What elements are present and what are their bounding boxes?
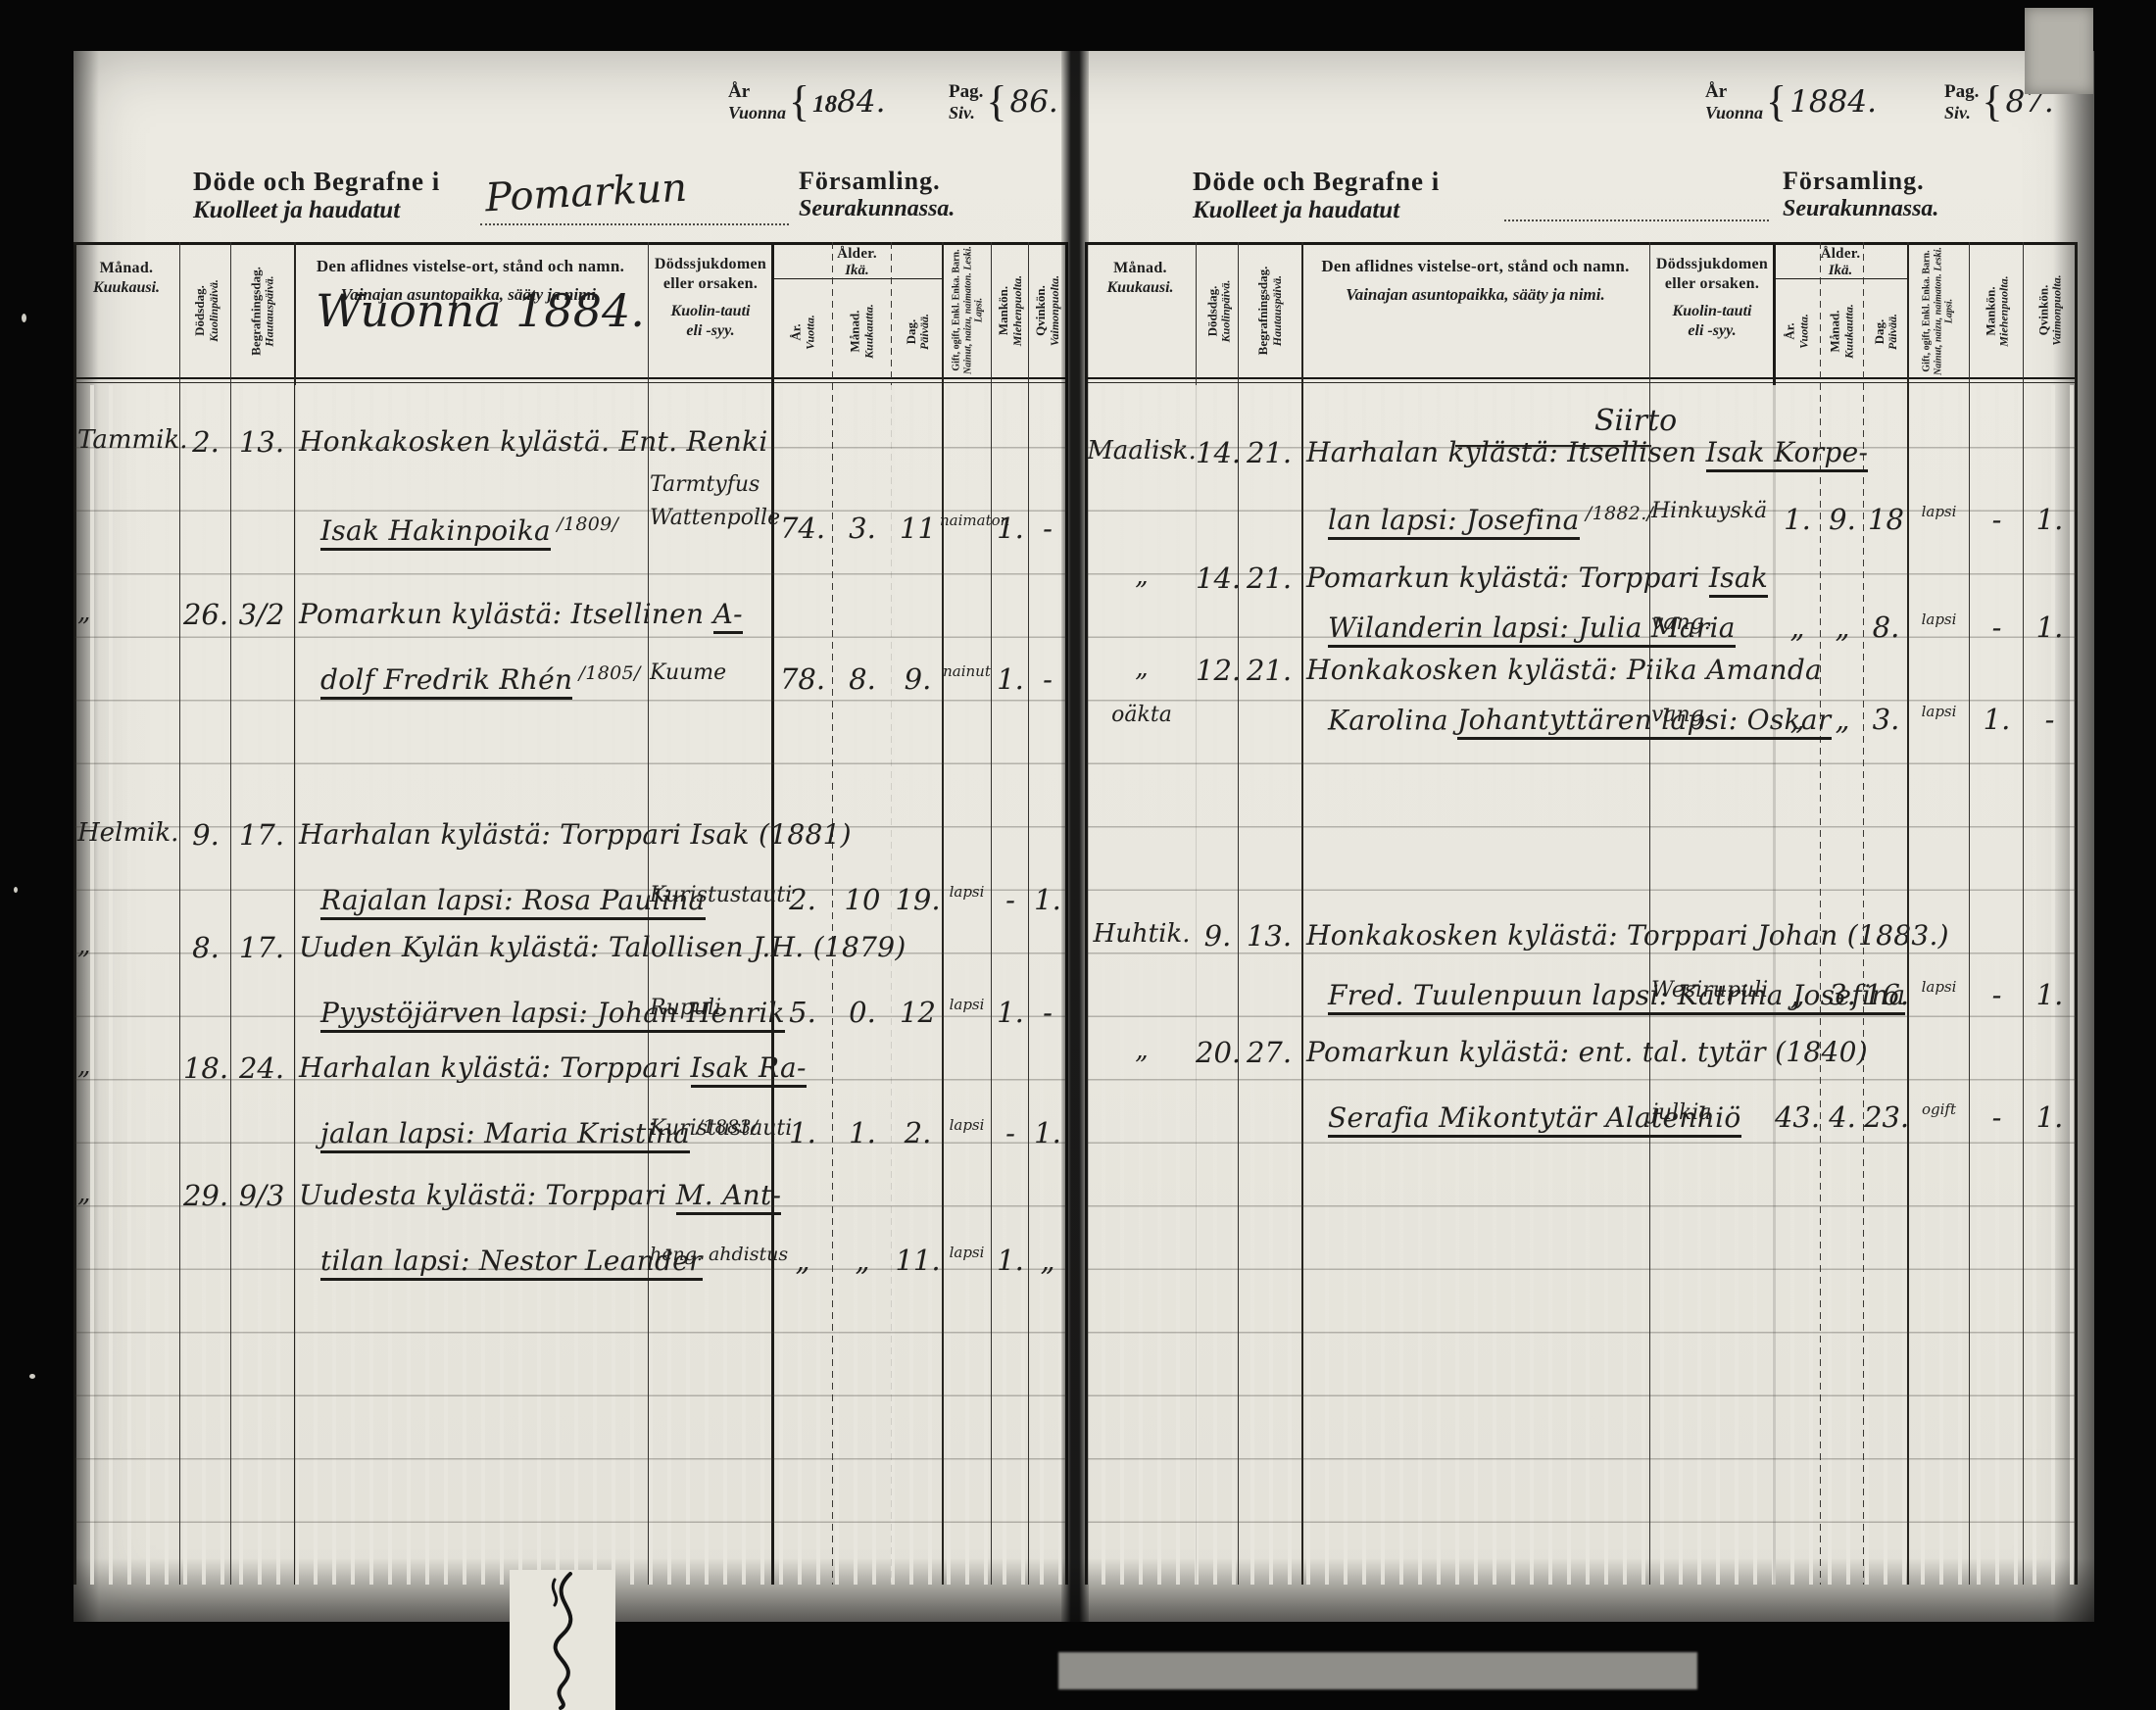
month-cell: „: [1087, 1036, 1197, 1065]
pag-label-fi: Siv.: [949, 103, 983, 123]
death-day-cell: 20.: [1196, 1036, 1240, 1069]
death-day-cell: 29.: [179, 1179, 232, 1212]
age-months-cell: „: [1821, 611, 1864, 644]
age-months-cell: 0.: [833, 996, 892, 1029]
table-border: [73, 382, 1068, 383]
description-line-1: Pomarkun kylästä: Torppari Isak: [1306, 562, 1768, 594]
male-count-cell: -: [992, 883, 1029, 916]
death-day-cell: 8.: [179, 931, 232, 964]
age-days-cell: 3.: [1864, 703, 1908, 736]
female-count-cell: 1.: [2024, 611, 2076, 644]
column-header-age-years: År.Vuotta.: [1774, 286, 1821, 377]
ink-squiggle-patch: [510, 1570, 615, 1710]
cause-of-death-cell: vang.: [1651, 611, 1779, 635]
age-months-cell: 8.: [833, 662, 892, 696]
civil-status-cell: lapsi: [940, 883, 994, 901]
age-months-cell: „: [1821, 703, 1864, 736]
cause-of-death-cell: Wesirupuli: [1651, 978, 1779, 1002]
register-title-sv: Döde och Begrafne i: [1193, 167, 1440, 197]
register-title: Döde och Begrafne i Kuolleet ja haudatut: [193, 167, 440, 224]
age-days-cell: 2.: [892, 1116, 944, 1149]
cause-of-death-cell: Tarmtyfus: [650, 472, 777, 497]
brace-glyph: {: [789, 80, 809, 123]
column-header-female: Qvinkön.Vaimonpuolta.: [2025, 245, 2077, 376]
age-months-cell: „: [833, 1244, 892, 1277]
male-count-cell: -: [992, 1116, 1029, 1149]
register-title-fi: Kuolleet ja haudatut: [193, 197, 440, 224]
column-header-civil-status: Gift, ogift, Enkl. Enka. Barn.Nainut, na…: [1908, 246, 1970, 377]
brace-glyph: {: [1766, 80, 1787, 123]
civil-status-cell: lapsi: [940, 1244, 994, 1261]
burial-day-cell: 21.: [1238, 436, 1300, 469]
age-group-divider: [1774, 278, 1907, 279]
female-count-cell: 1.: [2024, 978, 2076, 1011]
cause-of-death-cell: heng. ahdistus: [650, 1244, 777, 1265]
age-days-cell: 11: [892, 512, 944, 545]
month-note-cell: oäkta: [1087, 703, 1197, 727]
column-header-month: Månad.Kuukausi.: [1085, 259, 1196, 298]
cause-of-death-cell-2: Wattenpolle: [650, 506, 777, 530]
burial-day-cell: 17.: [230, 931, 293, 964]
burial-day-cell: 17.: [230, 818, 293, 852]
age-years-cell: 78.: [772, 662, 833, 696]
register-page-left: ÅrVuonna { 1884. Pag.Siv. { 86. Döde och…: [73, 51, 1068, 1622]
month-cell: Tammik.: [77, 425, 179, 455]
male-count-cell: 1.: [992, 662, 1029, 696]
siirto-note: Siirto: [1594, 404, 1677, 438]
death-day-cell: 9.: [1196, 919, 1240, 953]
column-header-male: Mankön.Miehenpuolta.: [992, 245, 1029, 376]
age-months-cell: 9.: [1821, 503, 1864, 536]
burial-day-cell: 27.: [1238, 1036, 1300, 1069]
year-handwritten: 1884.: [1789, 84, 1877, 120]
age-years-cell: 43.: [1774, 1100, 1821, 1134]
month-cell: „: [77, 1179, 179, 1208]
column-header-civil-status: Gift, ogift, Enkl. Enka. Barn.Nainut, na…: [945, 245, 993, 376]
age-months-cell: 4.: [1821, 1100, 1864, 1134]
year-label-sv: År: [728, 81, 786, 103]
burial-day-cell: 13.: [1238, 919, 1300, 953]
male-count-cell: 1.: [992, 512, 1029, 545]
register-title-fi: Kuolleet ja haudatut: [1193, 197, 1440, 224]
male-count-cell: -: [1970, 503, 2024, 536]
year-label-fi: Vuonna: [1705, 103, 1763, 123]
age-days-cell: 19.: [892, 883, 944, 916]
ruled-dotted-line: [1504, 220, 1769, 221]
description-line-1: Harhalan kylästä: Itsellisen Isak Korpe-: [1306, 436, 1868, 468]
page-gutter-shadow: [1061, 51, 1089, 1622]
civil-status-cell: lapsi: [1908, 703, 1970, 720]
description-line-1: Honkakosken kylästä. Ent. Renki: [299, 425, 768, 458]
column-header-cause: Dödssjukdomeneller orsaken. Kuolin-tauti…: [650, 255, 771, 341]
register-page-right: ÅrVuonna { 1884. Pag.Siv. { 87. Döde och…: [1085, 51, 2078, 1622]
description-line-2: tilan lapsi: Nestor Leander: [320, 1244, 703, 1277]
description-line-2: Rajalan lapsi: Rosa Paulina: [320, 883, 706, 916]
month-cell: „: [1087, 562, 1197, 591]
death-day-cell: 18.: [179, 1051, 232, 1085]
civil-status-cell: lapsi: [1908, 611, 1970, 628]
description-line-1: Harhalan kylästä: Torppari Isak Ra-: [299, 1051, 807, 1084]
pag-label-fi: Siv.: [1944, 103, 1979, 123]
male-count-cell: -: [1970, 1100, 2024, 1134]
column-header-age-group: Ålder.Ikä.: [1774, 246, 1907, 278]
month-cell: Helmik.: [77, 818, 179, 848]
ruled-lines: [75, 385, 1066, 1585]
brace-glyph: {: [986, 80, 1006, 123]
death-day-cell: 26.: [179, 598, 232, 631]
column-header-age-months: Månad.Kuukautta.: [833, 286, 892, 377]
film-speck: [22, 314, 26, 322]
description-line-1: Pomarkun kylästä: Itsellinen A-: [299, 598, 743, 630]
burial-day-cell: 21.: [1238, 654, 1300, 687]
film-speck: [29, 1374, 35, 1379]
film-speck: [14, 887, 18, 893]
description-line-1: Uudesta kylästä: Torppari M. Ant-: [299, 1179, 781, 1211]
civil-status-cell: ogift: [1908, 1100, 1970, 1118]
age-months-cell: 3.: [1821, 978, 1864, 1011]
age-years-cell: 74.: [772, 512, 833, 545]
death-day-cell: 14.: [1196, 562, 1240, 595]
age-years-cell: „: [1774, 978, 1821, 1011]
female-count-cell: 1.: [2024, 1100, 2076, 1134]
column-header-name: Den aflidnes vistelse-ort, stånd och nam…: [1301, 253, 1649, 310]
description-line-1: Pomarkun kylästä: ent. tal. tytär (1840): [1306, 1036, 1868, 1068]
parish-name-handwritten: Pomarkun: [484, 166, 688, 221]
description-line-1: Harhalan kylästä: Torppari Isak (1881): [299, 818, 852, 851]
brace-glyph: {: [1982, 80, 2002, 123]
parish-label-fi: Seurakunnassa.: [1783, 196, 1938, 222]
register-title: Döde och Begrafne i Kuolleet ja haudatut: [1193, 167, 1440, 224]
table-border: [1085, 382, 2078, 383]
section-year-heading: Wuonna 1884.: [294, 284, 666, 337]
civil-status-cell: naimaton: [940, 512, 994, 529]
cause-of-death-cell: vang.: [1651, 703, 1779, 727]
column-header-burial-day: Begrafningsdag.Hautauspäivä.: [232, 246, 294, 377]
column-header-age-days: Dag.Päivää.: [892, 286, 944, 377]
cause-of-death-cell: julkia: [1651, 1100, 1779, 1125]
burial-day-cell: 24.: [230, 1051, 293, 1085]
male-count-cell: -: [1970, 611, 2024, 644]
age-years-cell: „: [772, 1244, 833, 1277]
column-header-age-days: Dag.Päivää.: [1864, 286, 1908, 377]
male-count-cell: -: [1970, 978, 2024, 1011]
description-line-1: Honkakosken kylästä: Torppari Johan (188…: [1306, 919, 1949, 952]
age-days-cell: 16.: [1864, 978, 1908, 1011]
pag-label-sv: Pag.: [1944, 81, 1979, 103]
parish-label-sv: Församling.: [799, 167, 955, 196]
age-months-cell: 3.: [833, 512, 892, 545]
page-number-header: Pag.Siv. { 86.: [949, 80, 1058, 123]
burial-day-cell: 3/2: [230, 598, 293, 631]
year-label-fi: Vuonna: [728, 103, 786, 123]
description-line-1: Honkakosken kylästä: Piika Amanda: [1306, 654, 1822, 686]
year-label-sv: År: [1705, 81, 1763, 103]
year-header: ÅrVuonna { 1884.: [728, 80, 885, 123]
table-border: [1085, 377, 2078, 379]
female-count-cell: 1.: [2024, 503, 2076, 536]
column-header-age-years: År.Vuotta.: [773, 287, 834, 378]
column-header-death-day: Dödsdag.Kuolinpäivä.: [1199, 246, 1241, 377]
scan-corner-artifact: [2025, 8, 2093, 94]
age-years-cell: 5.: [772, 996, 833, 1029]
year-printed: 18: [812, 91, 837, 118]
male-count-cell: 1.: [992, 1244, 1029, 1277]
age-years-cell: 1.: [1774, 503, 1821, 536]
description-line-2: dolf Fredrik Rhén /1805/: [320, 662, 641, 696]
cause-of-death-cell: Kuristustauti: [650, 883, 777, 907]
parish-title: Församling. Seurakunnassa.: [1783, 167, 1938, 222]
month-cell: „: [1087, 654, 1197, 683]
month-cell: Huhtik.: [1087, 919, 1197, 949]
death-day-cell: 12.: [1196, 654, 1240, 687]
cause-of-death-cell: Hinkuyskä: [1651, 499, 1779, 523]
parish-label-fi: Seurakunnassa.: [799, 196, 955, 222]
death-day-cell: 14.: [1196, 436, 1240, 469]
death-day-cell: 9.: [179, 818, 232, 852]
age-years-cell: 2.: [772, 883, 833, 916]
burial-day-cell: 21.: [1238, 562, 1300, 595]
scanner-artifact-bar: [1058, 1652, 1697, 1689]
ruled-dotted-line: [480, 223, 789, 225]
description-line-2: lan lapsi: Josefina /1882./: [1328, 503, 1653, 536]
column-header-death-day: Dödsdag.Kuolinpäivä.: [181, 245, 232, 376]
column-header-age-months: Månad.Kuukautta.: [1821, 286, 1864, 377]
parish-title: Församling. Seurakunnassa.: [799, 167, 955, 222]
column-header-cause: Dödssjukdomeneller orsaken. Kuolin-tauti…: [1651, 255, 1773, 341]
year-handwritten: 84.: [837, 84, 885, 120]
cause-of-death-cell: Kuristustauti: [650, 1116, 777, 1141]
column-header-male: Mankön.Miehenpuolta.: [1971, 246, 2025, 377]
burial-day-cell: 13.: [230, 425, 293, 459]
civil-status-cell: lapsi: [1908, 978, 1970, 996]
column-header-burial-day: Begrafningsdag.Hautauspäivä.: [1240, 245, 1300, 376]
age-days-cell: 12: [892, 996, 944, 1029]
description-line-1: Uuden Kylän kylästä: Talollisen J.H. (18…: [299, 931, 906, 963]
age-days-cell: 8.: [1864, 611, 1908, 644]
age-years-cell: „: [1774, 611, 1821, 644]
age-years-cell: 1.: [772, 1116, 833, 1149]
age-days-cell: 9.: [892, 662, 944, 696]
column-header-month: Månad.Kuukausi.: [73, 259, 179, 298]
column-header-age-group: Ålder.Ikä.: [772, 246, 942, 278]
month-cell: „: [77, 598, 179, 627]
month-cell: „: [77, 1051, 179, 1081]
burial-day-cell: 9/3: [230, 1179, 293, 1212]
death-day-cell: 2.: [179, 425, 232, 459]
year-header: ÅrVuonna { 1884.: [1705, 80, 1877, 123]
civil-status-cell: nainut: [940, 662, 994, 680]
age-months-cell: 10: [833, 883, 892, 916]
ink-squiggle: [510, 1570, 615, 1710]
female-count-cell: -: [2024, 703, 2076, 736]
age-months-cell: 1.: [833, 1116, 892, 1149]
age-days-cell: 23.: [1864, 1100, 1908, 1134]
civil-status-cell: lapsi: [1908, 503, 1970, 520]
civil-status-cell: lapsi: [940, 1116, 994, 1134]
page-number-handwritten: 86.: [1009, 84, 1057, 120]
parish-label-sv: Församling.: [1783, 167, 1938, 196]
month-cell: Maalisk.: [1087, 436, 1197, 465]
age-group-divider: [772, 278, 942, 279]
description-line-2: Isak Hakinpoika /1809/: [320, 513, 618, 547]
table-border: [73, 377, 1068, 379]
age-years-cell: „: [1774, 703, 1821, 736]
cause-of-death-cell: Kuume: [650, 660, 777, 685]
age-days-cell: 11.: [892, 1244, 944, 1277]
male-count-cell: 1.: [1970, 703, 2024, 736]
pag-label-sv: Pag.: [949, 81, 983, 103]
cause-of-death-cell: Rupuli: [650, 996, 777, 1020]
civil-status-cell: lapsi: [940, 996, 994, 1013]
month-cell: „: [77, 931, 179, 960]
age-days-cell: 18: [1864, 503, 1908, 536]
male-count-cell: 1.: [992, 996, 1029, 1029]
register-title-sv: Döde och Begrafne i: [193, 167, 440, 197]
